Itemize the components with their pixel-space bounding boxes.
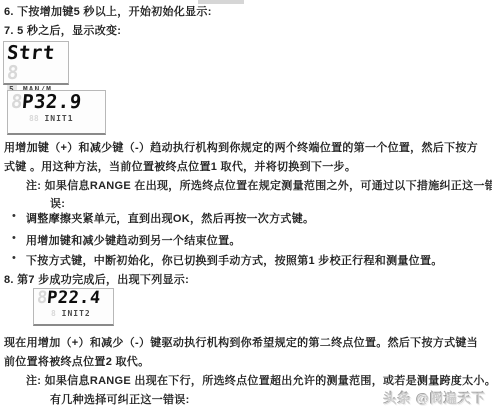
- note2-line1: 注: 如果信息RANGE 出现在下行，所选终点位置超出允许的测量范围，或若是测量…: [26, 372, 492, 388]
- lcd-ghost-segments: 8: [6, 64, 19, 83]
- lcd-main-row: Strt8: [7, 44, 65, 84]
- step-7-text: 7. 5 秒之后，显示改变:: [4, 22, 121, 38]
- lcd-sub-row: 88 INIT1: [11, 114, 102, 123]
- bullet-glyph: •: [12, 232, 16, 244]
- lcd-ghost-sub: 8: [51, 309, 56, 318]
- note1-line2: 误:: [50, 195, 65, 211]
- lcd-sub-row: 8 INIT2: [37, 309, 110, 318]
- para1-line1: 用增加键（+）和减少键（-）趋动执行机构到你规定的两个终端位置的第一个位置，然后…: [4, 139, 478, 155]
- step-8-text: 8. 第7 步成功完成后，出现下列显示:: [4, 271, 189, 287]
- lcd-init-text: INIT1: [44, 114, 73, 123]
- note2-line2: 有几种选择可纠正这一错误:: [50, 391, 190, 407]
- para1-line2: 式键 。用这种方法，当前位置被终点位置1 取代，并将切换到下一步。: [4, 158, 356, 174]
- lcd-display-p329: 8P32.9 88 INIT1: [7, 90, 106, 135]
- bullet-glyph: •: [12, 210, 16, 222]
- manual-page: 6. 下按增加键5 秒以上，开始初始化显示: 7. 5 秒之后，显示改变: St…: [0, 0, 492, 413]
- bullet-item-1: 调整摩擦夹紧单元，直到出现OK，然后再按一次方式键。: [26, 210, 314, 226]
- watermark-text: 头条 @阀遍天下: [384, 388, 486, 407]
- lcd-main-row: 8P22.4: [37, 290, 110, 308]
- bullet-item-3: 下按方式键，中断初始化，你已切换到手动方式，按照第1 步校正行程和测量位置。: [26, 252, 443, 268]
- lcd-init-text: INIT2: [62, 309, 91, 318]
- note1-line1: 注: 如果信息RANGE 在出现，所选终点位置在规定测量范围之外，可通过以下措施…: [26, 177, 492, 193]
- lcd-display-p224: 8P22.4 8 INIT2: [33, 288, 114, 326]
- bullet-glyph: •: [12, 252, 16, 264]
- lcd-display-strt: Strt8 5MAN/M: [3, 41, 69, 85]
- lcd-strt-value: Strt: [6, 44, 55, 63]
- para2-line2: 前位置将被终点位置2 取代。: [4, 353, 149, 369]
- lcd-main-row: 8P32.9: [11, 93, 102, 113]
- lcd-p224-value: P22.4: [47, 290, 102, 307]
- lcd-p329-value: P32.9: [22, 93, 83, 112]
- bullet-item-2: 用增加键和减少键趋动到另一个结束位置。: [26, 232, 241, 248]
- lcd-ghost-sub: 88: [29, 114, 39, 123]
- step-6-text: 6. 下按增加键5 秒以上，开始初始化显示:: [4, 3, 212, 19]
- para2-line1: 现在用增加（+）和减少（-）键驱动执行机构到你希望规定的第二终点位置。然后下按方…: [4, 334, 478, 350]
